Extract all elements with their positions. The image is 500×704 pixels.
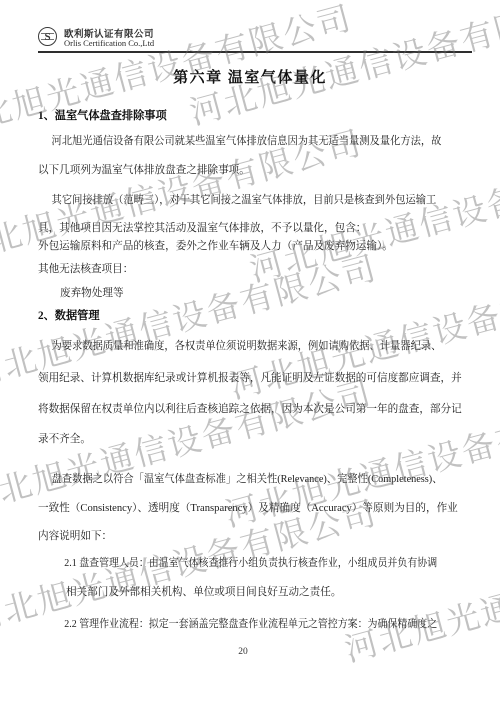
text-line: 具，其他项目因无法掌控其活动及温室气体排放，不予以量化，包含： (38, 221, 466, 237)
section-heading: 1、温室气体盘查排除事项 (38, 109, 466, 125)
orlis-certification-logo-icon: S (38, 27, 57, 46)
text-line: 2.2 管理作业流程：拟定一套涵盖完整盘查作业流程单元之管控方案：为确保精确度之 (38, 617, 466, 633)
document-page: S 欧利斯认证有限公司 Orlis Certification Co.,Ltd … (0, 0, 500, 704)
text-line: 内容说明如下： (38, 529, 466, 545)
text-line: 其它间接排放（范畴三），对于其它间接之温室气体排放，目前只是核查到外包运输工 (38, 193, 466, 209)
section-heading: 2、数据管理 (38, 309, 466, 325)
header-divider (38, 51, 472, 53)
text-line: 以下几项列为温室气体排放盘查之排除事项。 (38, 163, 466, 179)
text-line: 为要求数据质量和准确度，各权责单位须说明数据来源，例如请购依据、计量器纪录、 (38, 339, 466, 355)
company-name-en: Orlis Certification Co.,Ltd (64, 38, 154, 48)
text-line: 录不齐全。 (38, 432, 466, 448)
text-line: 领用纪录、计算机数据库纪录或计算机报表等，凡能证明及左证数据的可信度都应调查，并 (38, 371, 466, 387)
text-line: 将数据保留在权责单位内以利往后查核追踪之依据，因为本次是公司第一年的盘查，部分记 (38, 402, 466, 418)
text-line: 废弃物处理等 (38, 286, 488, 302)
text-line: 2.1 盘查管理人员：由温室气体核查推行小组负责执行核查作业，小组成员并负有协调 (38, 556, 466, 572)
chapter-title: 第六章 温室气体量化 (0, 66, 500, 87)
text-line: 一致性（Consistency）、透明度（Transparency）及精确度（A… (38, 501, 466, 517)
text-line: 河北旭光通信设备有限公司就某些温室气体排放信息因为其无适当量测及量化方法，故 (38, 134, 466, 150)
document-header: S 欧利斯认证有限公司 Orlis Certification Co.,Ltd (38, 26, 470, 54)
text-line: 外包运输原料和产品的核查，委外之作业车辆及人力（产品及废弃物运输）。 (38, 239, 466, 255)
text-line: 相关部门及外部相关机构、单位或项目间良好互动之责任。 (38, 585, 494, 601)
text-line: 其他无法核查项目： (38, 262, 466, 278)
page-number: 20 (0, 647, 486, 657)
text-line: 盘查数据之以符合「温室气体盘查标准」之相关性(Relevance)、完整性(Co… (38, 472, 466, 488)
